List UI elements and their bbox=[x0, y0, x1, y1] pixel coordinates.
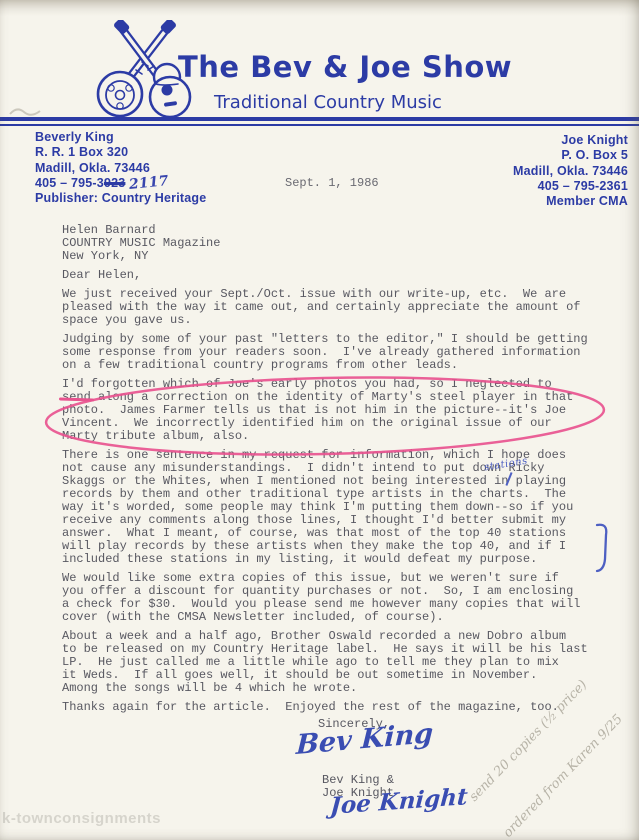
letter-paragraph-circled: I'd forgotten which of Joe's early photo… bbox=[62, 378, 607, 443]
right-contact-membership: Member CMA bbox=[513, 194, 628, 209]
sender-address-2: Madill, Okla. 73446 bbox=[35, 161, 206, 176]
letter-paragraph: Thanks again for the article. Enjoyed th… bbox=[62, 701, 607, 714]
date-line: Sept. 1, 1986 bbox=[285, 176, 379, 190]
sender-name: Beverly King bbox=[35, 130, 206, 145]
letter-paragraph: About a week and a half ago, Brother Osw… bbox=[62, 630, 607, 695]
letterhead-title: The Bev & Joe Show bbox=[178, 50, 478, 84]
right-contact-phone: 405 – 795-2361 bbox=[513, 179, 628, 194]
recipient-address-block: Helen Barnard COUNTRY MUSIC Magazine New… bbox=[62, 224, 607, 263]
right-contact-address-2: Madill, Okla. 73446 bbox=[513, 164, 628, 179]
right-contact-name: Joe Knight bbox=[513, 133, 628, 148]
right-contact-address-1: P. O. Box 5 bbox=[513, 148, 628, 163]
phone-struck-digits: 923 bbox=[104, 176, 125, 190]
sender-phone-prefix: 405 – 795-3 bbox=[35, 176, 104, 190]
letter-body: Helen Barnard COUNTRY MUSIC Magazine New… bbox=[62, 224, 607, 720]
right-contact-block: Joe Knight P. O. Box 5 Madill, Okla. 734… bbox=[513, 133, 628, 209]
sender-phone-line: 405 – 795-39232117 bbox=[35, 176, 206, 191]
watermark: k-townconsignments bbox=[2, 810, 161, 827]
double-rule-bottom bbox=[0, 124, 639, 126]
sender-role: Publisher: Country Heritage bbox=[35, 191, 206, 206]
letter-paragraph: We just received your Sept./Oct. issue w… bbox=[62, 288, 607, 327]
letter-paragraph: Judging by some of your past "letters to… bbox=[62, 333, 607, 372]
salutation: Dear Helen, bbox=[62, 269, 607, 282]
letter-page: The Bev & Joe Show Traditional Country M… bbox=[0, 0, 639, 840]
signature-bev-king-handwritten: Bev King bbox=[295, 718, 433, 761]
crossed-guitars-logo-icon bbox=[90, 20, 200, 120]
letterhead-subtitle: Traditional Country Music bbox=[178, 92, 478, 113]
letter-paragraph: We would like some extra copies of this … bbox=[62, 572, 607, 624]
sender-contact-block: Beverly King R. R. 1 Box 320 Madill, Okl… bbox=[35, 130, 206, 206]
sender-address-1: R. R. 1 Box 320 bbox=[35, 145, 206, 160]
pencil-note-2: ordered from Karen 9/25 bbox=[501, 712, 626, 840]
